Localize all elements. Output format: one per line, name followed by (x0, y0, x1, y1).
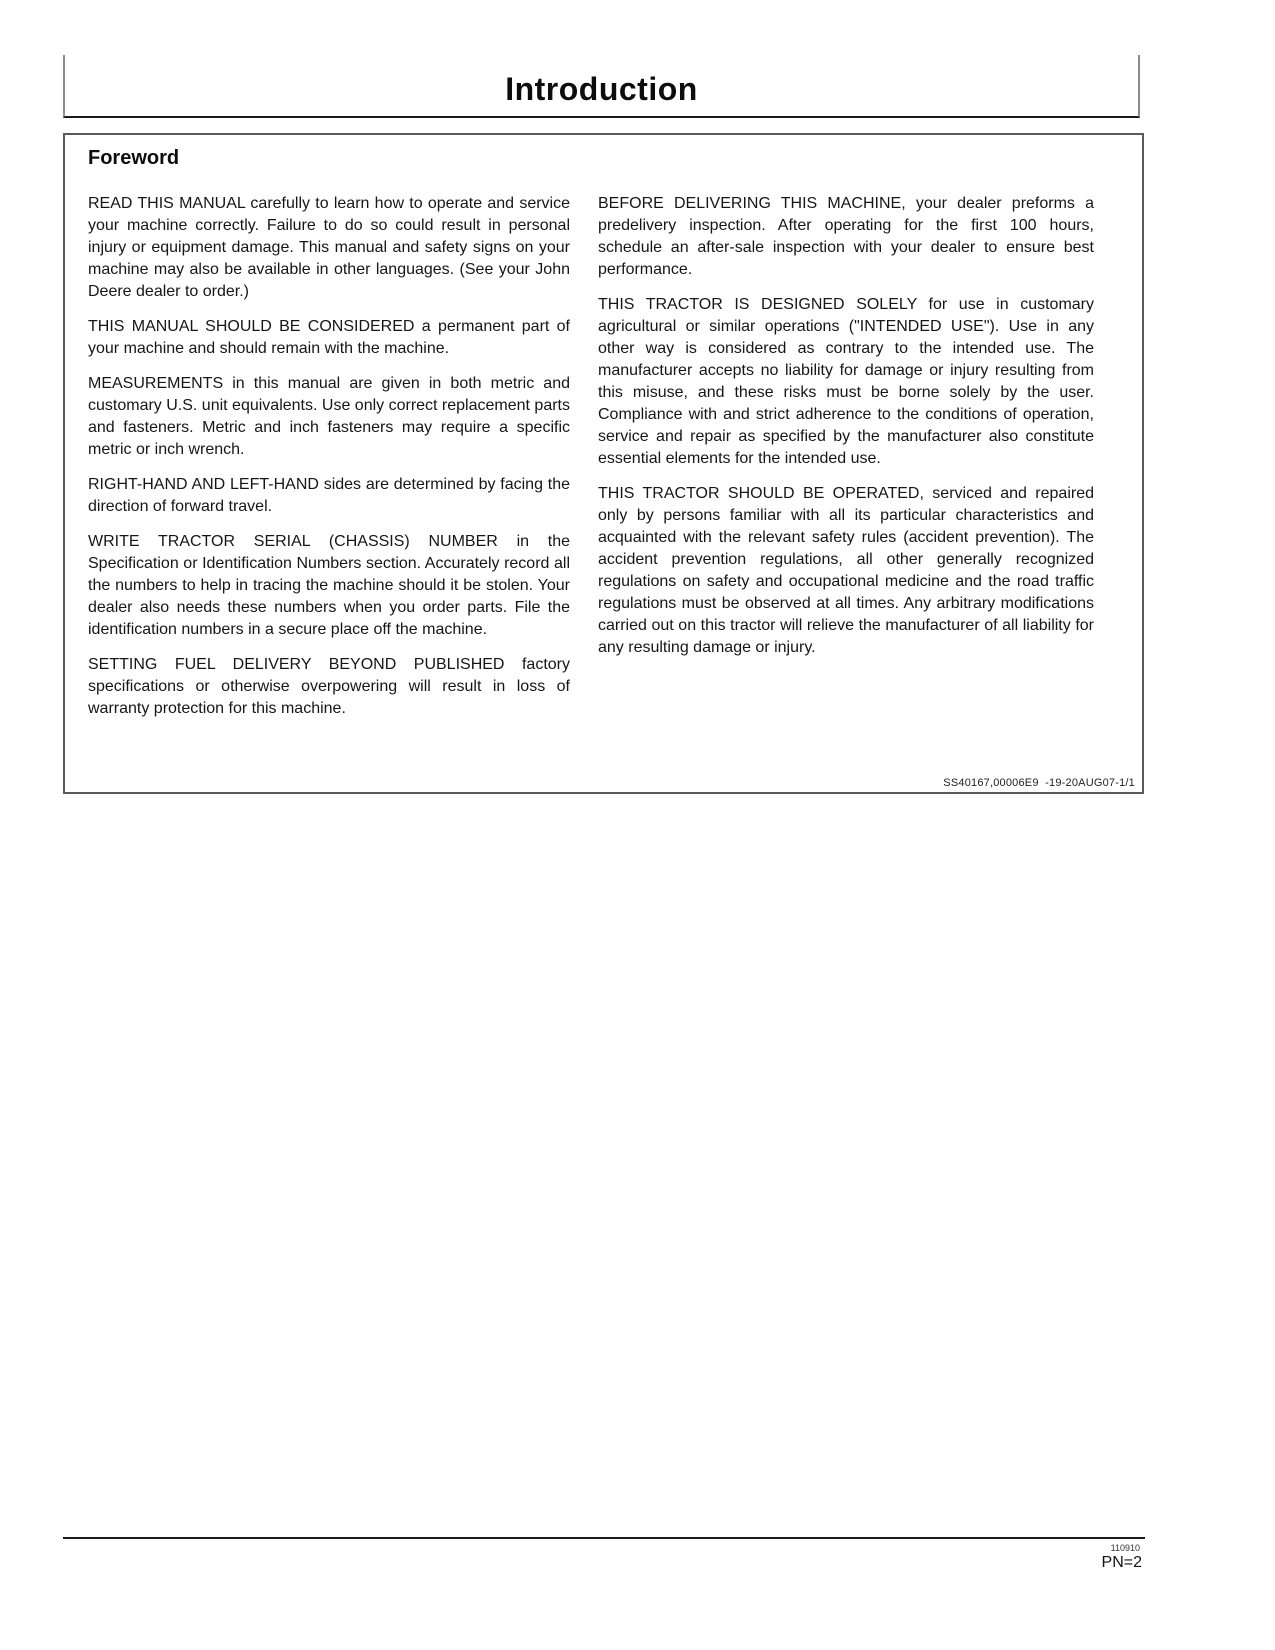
foreword-paragraph: THIS TRACTOR SHOULD BE OPERATED, service… (598, 483, 1094, 659)
foreword-paragraph: BEFORE DELIVERING THIS MACHINE, your dea… (598, 193, 1094, 281)
print-code: 110910 (63, 1543, 1140, 1553)
chapter-title-box: Introduction (63, 55, 1140, 118)
foreword-paragraph: THIS TRACTOR IS DESIGNED SOLELY for use … (598, 294, 1094, 470)
reference-code: SS40167,00006E9 -19-20AUG07-1/1 (943, 777, 1135, 789)
foreword-paragraph: RIGHT-HAND AND LEFT-HAND sides are deter… (88, 474, 570, 518)
foreword-paragraph: MEASUREMENTS in this manual are given in… (88, 373, 570, 461)
foreword-paragraph: THIS MANUAL SHOULD BE CONSIDERED a perma… (88, 316, 570, 360)
foreword-paragraph: SETTING FUEL DELIVERY BEYOND PUBLISHED f… (88, 654, 570, 720)
page-number: PN=2 (63, 1554, 1142, 1572)
foreword-paragraph: READ THIS MANUAL carefully to learn how … (88, 193, 570, 303)
section-heading: Foreword (88, 147, 179, 170)
page-title: Introduction (505, 63, 698, 108)
foreword-left-column: READ THIS MANUAL carefully to learn how … (88, 193, 570, 733)
foreword-section: Foreword READ THIS MANUAL carefully to l… (63, 133, 1144, 794)
foreword-paragraph: WRITE TRACTOR SERIAL (CHASSIS) NUMBER in… (88, 531, 570, 641)
foreword-right-column: BEFORE DELIVERING THIS MACHINE, your dea… (598, 193, 1094, 672)
footer-divider (63, 1537, 1145, 1539)
